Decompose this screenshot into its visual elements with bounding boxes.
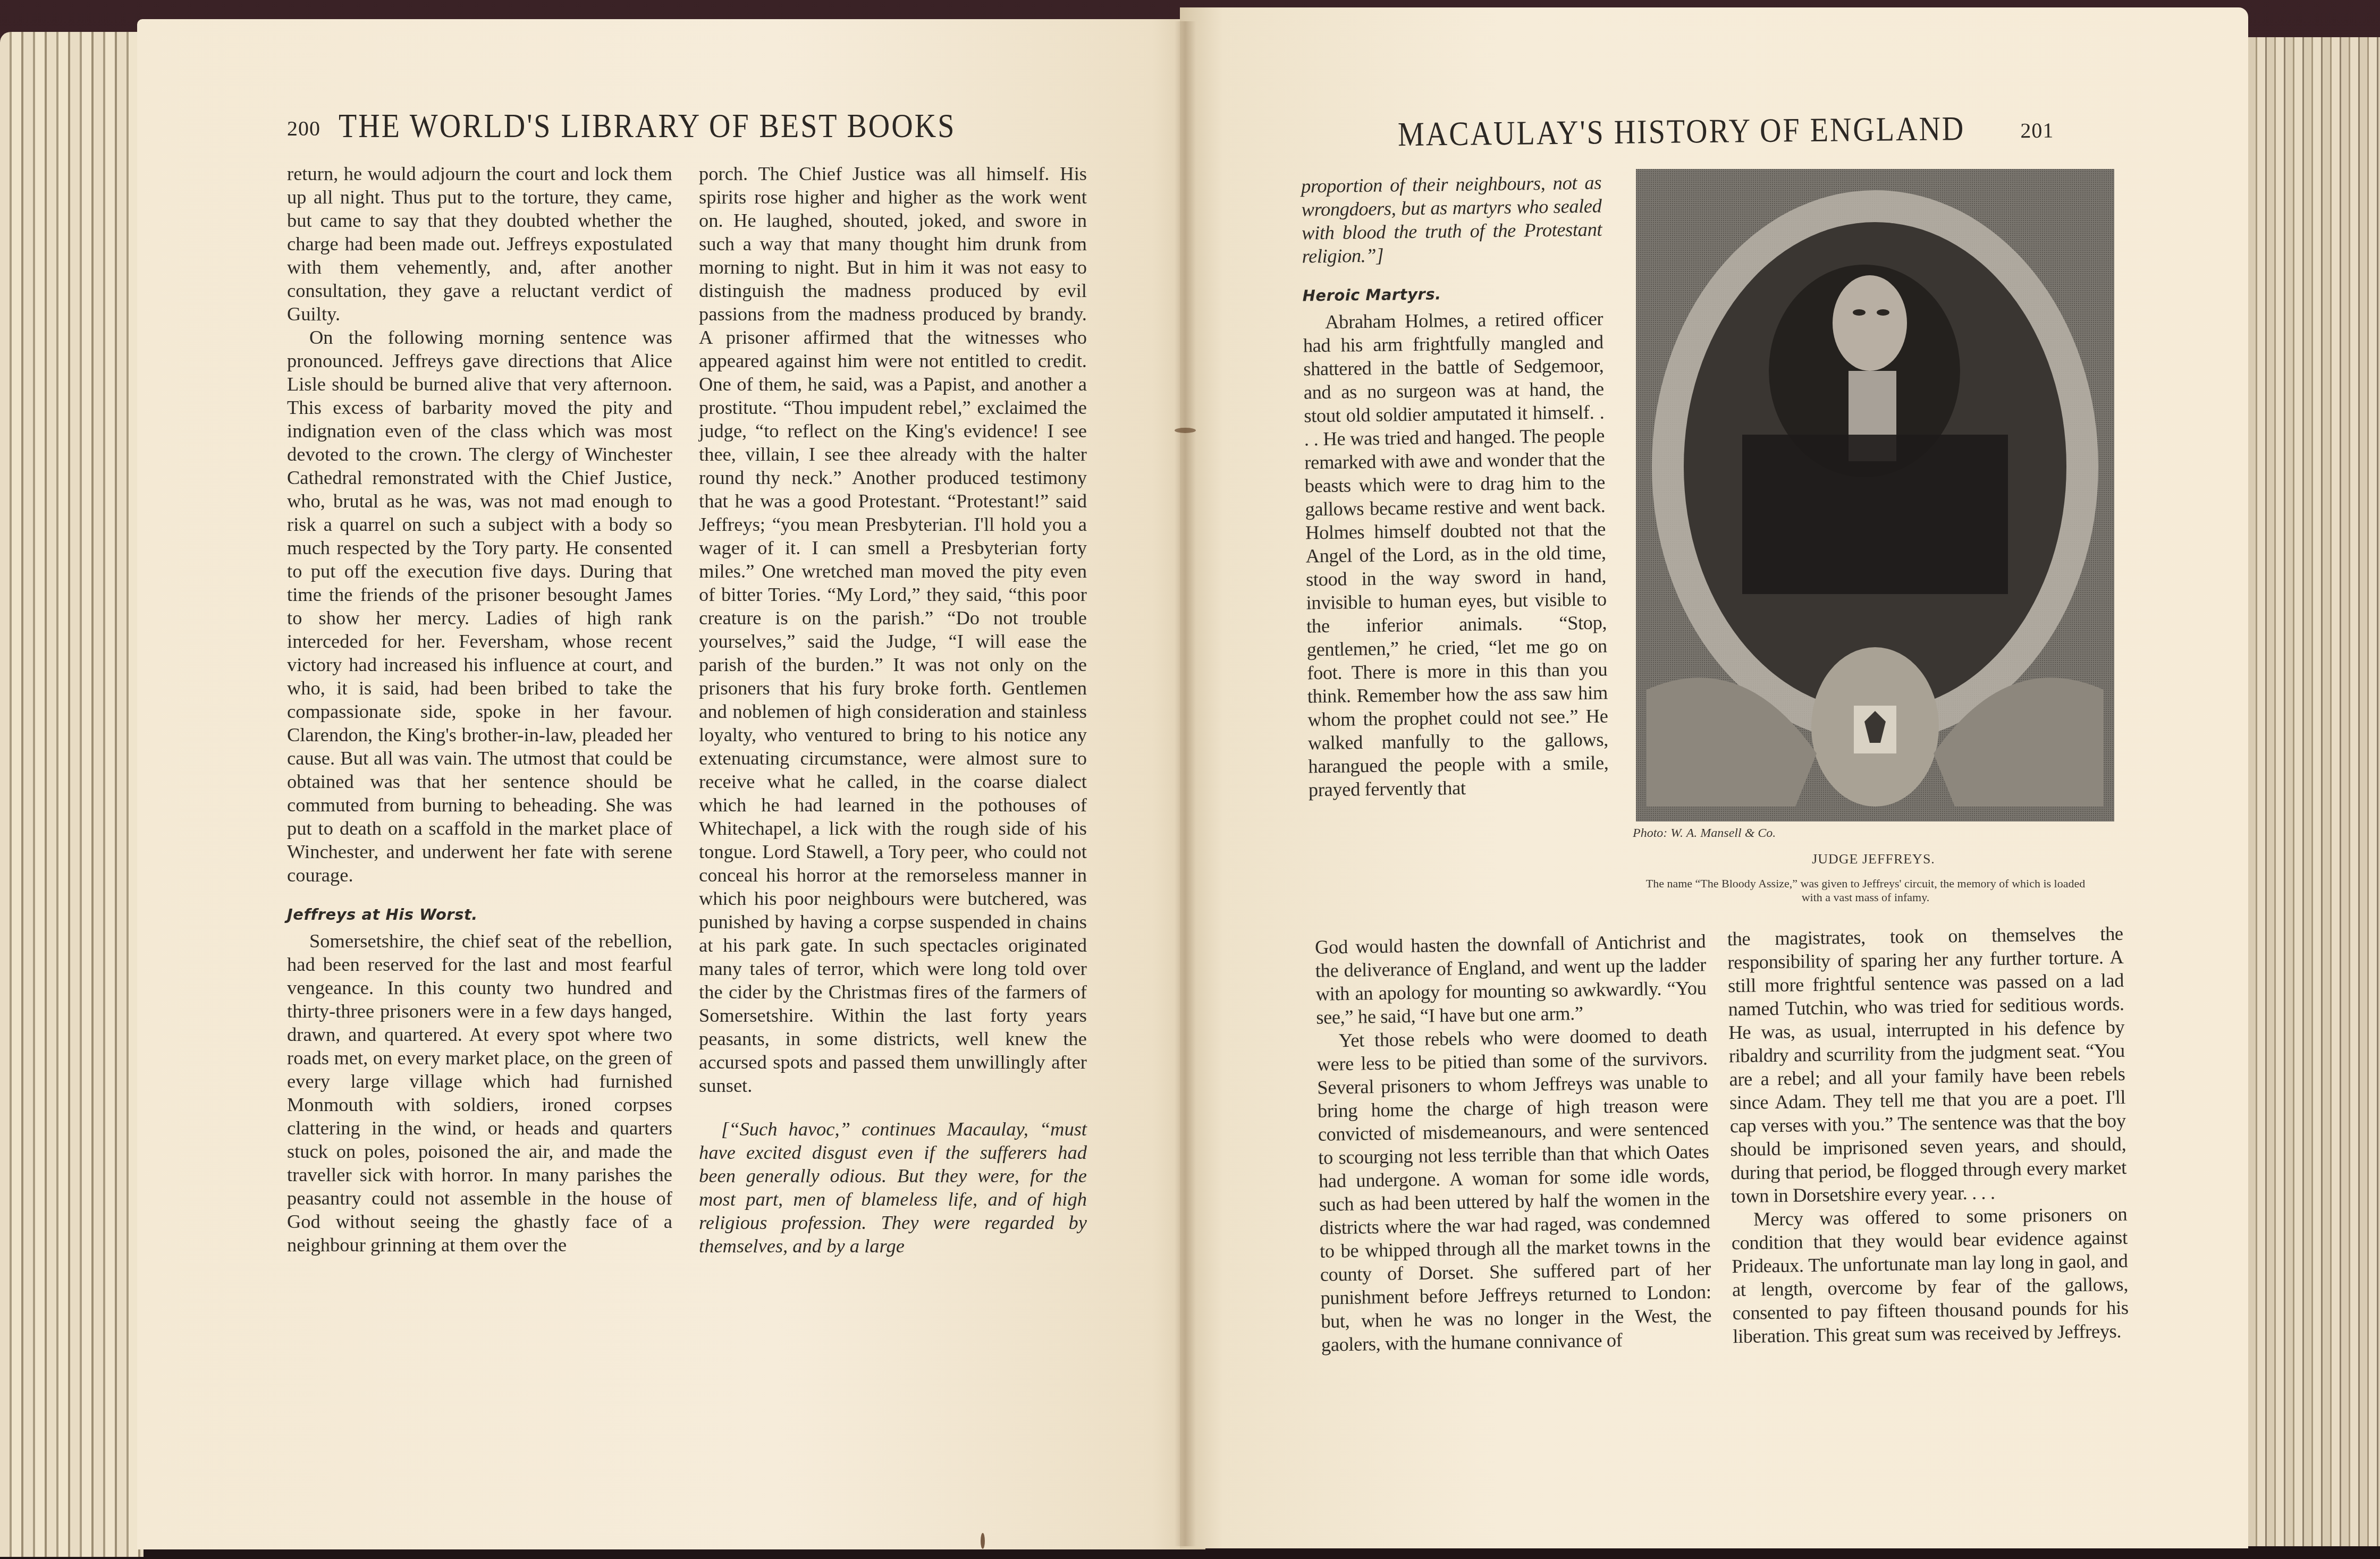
paragraph: porch. The Chief Justice was all himself… — [699, 162, 1087, 1097]
photo-credit: Photo: W. A. Mansell & Co. — [1633, 826, 1776, 841]
right-running-title: MACAULAY'S HISTORY OF ENGLAND — [1398, 109, 1965, 154]
paper-stain — [1175, 428, 1196, 433]
paragraph: the magistrates, took on themselves the … — [1727, 922, 2127, 1208]
right-page-column-2: the magistrates, took on themselves the … — [1727, 922, 2129, 1348]
portrait-engraving-judge-jeffreys — [1636, 169, 2114, 821]
paragraph: God would hasten the downfall of Antichr… — [1315, 929, 1707, 1029]
right-page-column-1: proportion of their neighbours, not as w… — [1301, 171, 1609, 802]
italic-quotation-continued: proportion of their neighbours, not as w… — [1301, 171, 1602, 268]
paragraph: On the following morning sentence was pr… — [287, 326, 672, 887]
section-subheading: Jeffreys at His Worst. — [287, 903, 672, 926]
right-page-stack-edges — [2248, 37, 2380, 1546]
paper-stain — [981, 1533, 985, 1549]
italic-quotation: [“Such havoc,” continues Macaulay, “must… — [699, 1117, 1087, 1258]
left-running-title: THE WORLD'S LIBRARY OF BEST BOOKS — [339, 106, 956, 146]
left-folio: 200 — [287, 116, 320, 140]
right-running-head: MACAULAY'S HISTORY OF ENGLAND 201 — [1398, 111, 2054, 152]
paragraph: Mercy was offered to some prisoners on c… — [1731, 1202, 2129, 1348]
book-gutter — [1175, 21, 1196, 1546]
figure-caption: The name “The Bloody Assize,” was given … — [1637, 877, 2094, 904]
left-running-head: 200 THE WORLD'S LIBRARY OF BEST BOOKS — [287, 109, 956, 143]
left-page-column-2: porch. The Chief Justice was all himself… — [699, 162, 1087, 1258]
paragraph: Somersetshire, the chief seat of the reb… — [287, 929, 672, 1257]
figure-title: JUDGE JEFFREYS. — [1621, 851, 2126, 867]
paragraph: return, he would adjourn the court and l… — [287, 162, 672, 326]
left-page-column-1: return, he would adjourn the court and l… — [287, 162, 672, 1257]
paragraph: Abraham Holmes, a retired officer had hi… — [1303, 307, 1609, 802]
section-subheading: Heroic Martyrs. — [1302, 281, 1602, 308]
right-folio: 201 — [2020, 118, 2054, 143]
portrait-illustration-icon — [1636, 169, 2114, 821]
left-page-stack-edges — [0, 32, 144, 1557]
paragraph: Yet those rebels who were doomed to deat… — [1316, 1023, 1712, 1356]
right-page-column-1-lower: God would hasten the downfall of Antichr… — [1315, 929, 1712, 1356]
